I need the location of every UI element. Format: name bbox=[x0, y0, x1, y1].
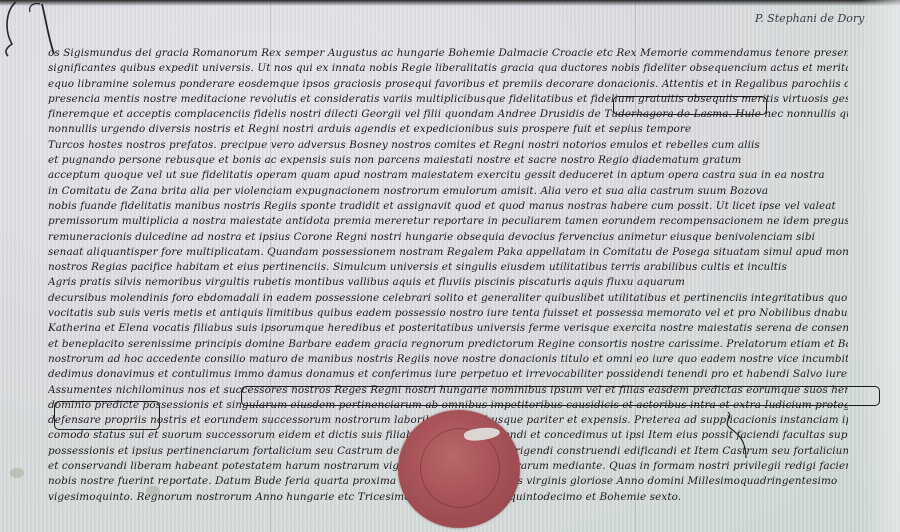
text-line: nostrorum ad hoc accedente consilio matu… bbox=[48, 352, 848, 367]
text-line: Agris pratis silvis nemoribus virgultis … bbox=[48, 275, 848, 290]
text-line: nostros Regias pacifice habitam et eius … bbox=[48, 260, 848, 275]
text-line: decursibus molendinis foro ebdomadali in… bbox=[48, 291, 848, 306]
marginal-note: P. Stephani de Dory bbox=[755, 12, 864, 25]
annotation-box-dating-clause bbox=[241, 386, 880, 406]
text-line: equo libramine solemus ponderare eosdemq… bbox=[48, 77, 848, 92]
text-line: et pugnando persone rebusque et bonis ac… bbox=[48, 153, 848, 168]
text-end-flourish bbox=[720, 410, 760, 460]
text-line: Turcos hostes nostros prefatos. precipue… bbox=[48, 138, 848, 153]
annotation-box-year bbox=[54, 401, 160, 430]
text-line: nonnullis urgendo diversis nostris et Re… bbox=[48, 122, 848, 137]
wax-seal bbox=[398, 410, 520, 528]
light-glare bbox=[860, 0, 900, 532]
frame-shadow bbox=[0, 0, 900, 6]
text-line: premissorum multiplicia a nostra maiesta… bbox=[48, 214, 848, 229]
text-line: Katherina et Elena vocatis filiabus suis… bbox=[48, 321, 848, 336]
text-line: nobis fuande fidelitatis manibus nostris… bbox=[48, 199, 848, 214]
text-line: remuneracionis dulcedine ad nostra et ip… bbox=[48, 230, 848, 245]
text-line: dedimus donavimus et contulimus immo dam… bbox=[48, 367, 848, 382]
text-line: vocitatis sub suis veris metis et antiqu… bbox=[48, 306, 848, 321]
text-line: acceptum quoque vel ut sue fidelitatis o… bbox=[48, 168, 848, 183]
text-line: et beneplacito serenissime principis dom… bbox=[48, 337, 848, 352]
stain bbox=[10, 468, 24, 478]
seal-eagle-emblem bbox=[420, 428, 500, 508]
text-line: in Comitatu de Zana brita alia per viole… bbox=[48, 184, 848, 199]
text-line: senaat aliquantisper fore multiplicatam.… bbox=[48, 245, 848, 260]
text-line: significantes quibus expedit universis. … bbox=[48, 61, 848, 76]
text-line: os Sigismundus dei gracia Romanorum Rex … bbox=[48, 46, 848, 61]
annotation-box-place-name bbox=[613, 96, 767, 115]
